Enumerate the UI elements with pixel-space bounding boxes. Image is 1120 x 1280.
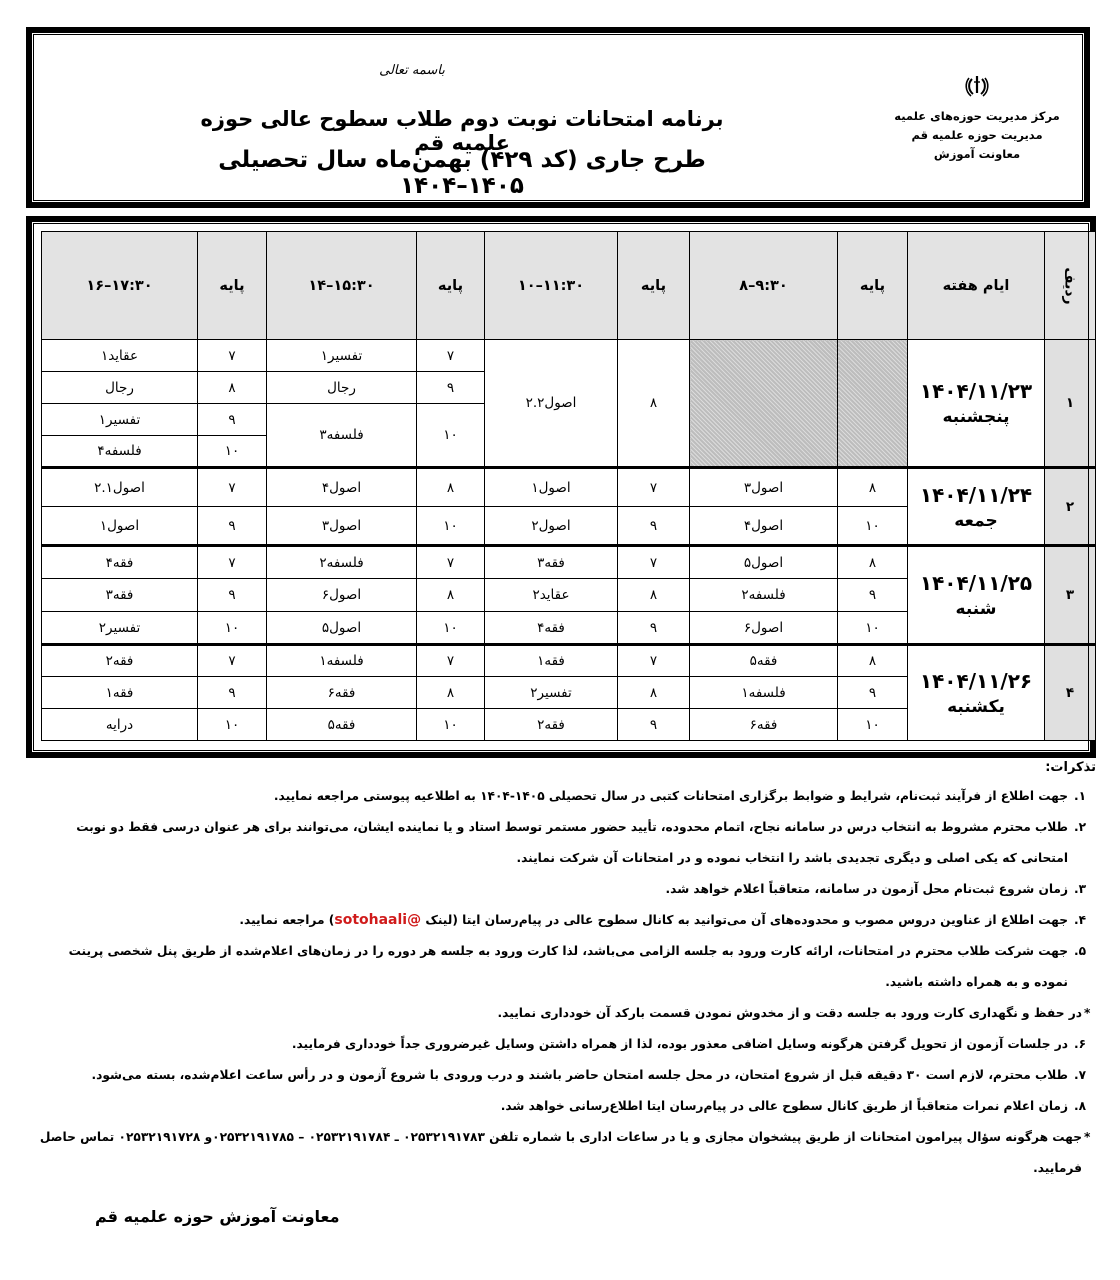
level-cell: ۱۰ [417, 507, 485, 546]
note-item: ۸. زمان اعلام نمرات متعاقباً از طریق کان… [36, 1091, 1096, 1122]
day-cell: ۱۴۰۴/۱۱/۲۵ شنبه [908, 546, 1045, 645]
note-text: جهت شرکت طلاب محترم در امتحانات، ارائه ک… [36, 936, 1068, 998]
org-line-1: مرکز مدیریت حوزه‌های علمیه [892, 107, 1062, 126]
asterisk-bullet-icon: * [1082, 1122, 1096, 1184]
level-cell: ۱۰ [417, 612, 485, 645]
header-slot-14-1530: ۱۴–۱۵:۳۰ [267, 232, 417, 340]
subject-cell: تفسیر۱ [42, 404, 198, 436]
header-level: پایه [618, 232, 690, 340]
level-cell: ۱۰ [198, 436, 267, 468]
subject-cell: فقه۵ [267, 709, 417, 741]
subject-cell: اصول۴ [267, 468, 417, 507]
level-cell: ۹ [838, 579, 908, 612]
subject-cell: درایه [42, 709, 198, 741]
level-cell: ۸ [838, 468, 908, 507]
level-cell: ۹ [198, 507, 267, 546]
level-cell: ۸ [838, 645, 908, 677]
note-text: زمان اعلام نمرات متعاقباً از طریق کانال … [36, 1091, 1068, 1122]
level-cell: ۸ [417, 677, 485, 709]
page-subtitle: طرح جاری (کد ۴۲۹) بهمن‌ماه سال تحصیلی ۱۴… [182, 147, 742, 199]
subject-cell: فقه۲ [485, 709, 618, 741]
subject-cell: عقاید۱ [42, 340, 198, 372]
level-cell: ۸ [618, 579, 690, 612]
note-item: ۱. جهت اطلاع از فرآیند ثبت‌نام، شرایط و … [36, 781, 1096, 812]
level-cell: ۹ [198, 677, 267, 709]
note-number: ۱. [1068, 781, 1096, 812]
note-number: ۴. [1068, 905, 1096, 936]
subject-cell: اصول۶ [267, 579, 417, 612]
day-weekday: جمعه [908, 511, 1044, 531]
subject-cell: فلسفه۴ [42, 436, 198, 468]
empty-hatched-cell [690, 340, 838, 468]
subject-cell: تفسیر۱ [267, 340, 417, 372]
header-slot-8-930: ۸–۹:۳۰ [690, 232, 838, 340]
note-number: ۸. [1068, 1091, 1096, 1122]
exam-schedule-table: ردیف ایام هفته پایه ۸–۹:۳۰ پایه ۱۰–۱۱:۳۰… [41, 231, 1096, 741]
level-cell: ۷ [618, 468, 690, 507]
schedule-table-frame: ردیف ایام هفته پایه ۸–۹:۳۰ پایه ۱۰–۱۱:۳۰… [26, 216, 1096, 758]
note-item: ۷. طلاب محترم، لازم است ۳۰ دقیقه قبل از … [36, 1060, 1096, 1091]
level-cell: ۹ [198, 404, 267, 436]
header-box: باسمه تعالی برنامه امتحانات نوبت دوم طلا… [26, 27, 1090, 208]
header-level: پایه [417, 232, 485, 340]
subject-cell: فلسفه۱ [690, 677, 838, 709]
row-number: ۱ [1045, 340, 1096, 468]
subject-cell: اصول۶ [690, 612, 838, 645]
day-cell: ۱۴۰۴/۱۱/۲۶ یکشنبه [908, 645, 1045, 741]
empty-hatched-cell [838, 340, 908, 468]
org-line-3: معاونت آموزش [892, 145, 1062, 164]
subject-cell: اصول۳ [690, 468, 838, 507]
subject-cell: اصول۵ [690, 546, 838, 579]
note-text: در جلسات آزمون از تحویل گرفتن هرگونه وسا… [36, 1029, 1068, 1060]
day-cell: ۱۴۰۴/۱۱/۲۳ پنجشنبه [908, 340, 1045, 468]
level-cell: ۹ [838, 677, 908, 709]
table-header-row: ردیف ایام هفته پایه ۸–۹:۳۰ پایه ۱۰–۱۱:۳۰… [42, 232, 1096, 340]
org-line-2: مدیریت حوزه علمیه قم [892, 126, 1062, 145]
notes-title: تذکرات: [36, 760, 1096, 775]
level-cell: ۱۰ [838, 507, 908, 546]
subject-cell: فقه۲ [42, 645, 198, 677]
note-item: ۳. زمان شروع ثبت‌نام محل آزمون در سامانه… [36, 874, 1096, 905]
note-item: * جهت هرگونه سؤال پیرامون امتحانات از طر… [36, 1122, 1096, 1184]
subject-cell: فقه۳ [42, 579, 198, 612]
level-cell: ۸ [618, 340, 690, 468]
level-cell: ۷ [198, 468, 267, 507]
iran-emblem-icon [964, 73, 990, 99]
note-item: ۶. در جلسات آزمون از تحویل گرفتن هرگونه … [36, 1029, 1096, 1060]
note-item: ۴. جهت اطلاع از عناوین دروس مصوب و محدود… [36, 905, 1096, 936]
organization-block: مرکز مدیریت حوزه‌های علمیه مدیریت حوزه ع… [892, 73, 1062, 164]
subject-cell: فقه۴ [42, 546, 198, 579]
level-cell: ۷ [417, 546, 485, 579]
subject-cell: فقه۶ [267, 677, 417, 709]
subject-cell: فقه۵ [690, 645, 838, 677]
day-weekday: یکشنبه [908, 697, 1044, 717]
level-cell: ۸ [417, 468, 485, 507]
subject-cell: اصول۴ [690, 507, 838, 546]
table-row: ۳ ۱۴۰۴/۱۱/۲۵ شنبه ۸ اصول۵ ۷ فقه۳ ۷ فلسفه… [42, 546, 1096, 579]
level-cell: ۱۰ [838, 709, 908, 741]
note-number: ۳. [1068, 874, 1096, 905]
note-text-part: ) مراجعه نمایید. [239, 913, 334, 927]
notes-section: تذکرات: ۱. جهت اطلاع از فرآیند ثبت‌نام، … [36, 760, 1096, 1184]
note-text-part: جهت اطلاع از عناوین دروس مصوب و محدوده‌ه… [421, 913, 1068, 927]
note-item: ۲. طلاب محترم مشروط به انتخاب درس در سام… [36, 812, 1096, 874]
row-number: ۴ [1045, 645, 1096, 741]
level-cell: ۹ [618, 612, 690, 645]
level-cell: ۸ [417, 579, 485, 612]
day-cell: ۱۴۰۴/۱۱/۲۴ جمعه [908, 468, 1045, 546]
level-cell: ۷ [198, 645, 267, 677]
level-cell: ۸ [838, 546, 908, 579]
day-date: ۱۴۰۴/۱۱/۲۶ [908, 669, 1044, 693]
subject-cell: رجال [42, 372, 198, 404]
level-cell: ۸ [198, 372, 267, 404]
subject-cell: فقه۱ [485, 645, 618, 677]
asterisk-bullet-icon: * [1082, 998, 1096, 1029]
day-date: ۱۴۰۴/۱۱/۲۳ [908, 379, 1044, 403]
level-cell: ۹ [618, 709, 690, 741]
note-text: جهت اطلاع از عناوین دروس مصوب و محدوده‌ه… [36, 905, 1068, 936]
level-cell: ۱۰ [417, 709, 485, 741]
level-cell: ۸ [618, 677, 690, 709]
subject-cell: اصول۲.۲ [485, 340, 618, 468]
level-cell: ۱۰ [417, 404, 485, 468]
signature: معاونت آموزش حوزه علمیه قم [95, 1207, 340, 1226]
note-text: طلاب محترم مشروط به انتخاب درس در سامانه… [36, 812, 1068, 874]
note-number: ۲. [1068, 812, 1096, 874]
level-cell: ۹ [618, 507, 690, 546]
bismillah: باسمه تعالی [32, 63, 792, 78]
note-text: جهت اطلاع از فرآیند ثبت‌نام، شرایط و ضوا… [36, 781, 1068, 812]
header-slot-16-1730: ۱۶–۱۷:۳۰ [42, 232, 198, 340]
note-text: در حفظ و نگهداری کارت ورود به جلسه دقت و… [36, 998, 1082, 1029]
table-row: ۲ ۱۴۰۴/۱۱/۲۴ جمعه ۸ اصول۳ ۷ اصول۱ ۸ اصول… [42, 468, 1096, 507]
level-cell: ۷ [417, 340, 485, 372]
subject-cell: اصول۱ [42, 507, 198, 546]
subject-cell: اصول۲.۱ [42, 468, 198, 507]
header-level: پایه [838, 232, 908, 340]
note-number: ۷. [1068, 1060, 1096, 1091]
subject-cell: اصول۳ [267, 507, 417, 546]
subject-cell: تفسیر۲ [485, 677, 618, 709]
header-slot-10-1130: ۱۰–۱۱:۳۰ [485, 232, 618, 340]
header-weekday: ایام هفته [908, 232, 1045, 340]
level-cell: ۱۰ [838, 612, 908, 645]
subject-cell: فقه۶ [690, 709, 838, 741]
level-cell: ۹ [417, 372, 485, 404]
subject-cell: عقاید۲ [485, 579, 618, 612]
note-item: * در حفظ و نگهداری کارت ورود به جلسه دقت… [36, 998, 1096, 1029]
day-weekday: پنجشنبه [908, 407, 1044, 427]
level-cell: ۹ [198, 579, 267, 612]
level-cell: ۷ [618, 546, 690, 579]
subject-cell: فقه۱ [42, 677, 198, 709]
table-row: ۱ ۱۴۰۴/۱۱/۲۳ پنجشنبه ۸ اصول۲.۲ ۷ تفسیر۱ … [42, 340, 1096, 372]
subject-cell: اصول۲ [485, 507, 618, 546]
eitaa-channel-link[interactable]: sotohaali@ [334, 912, 421, 928]
subject-cell: تفسیر۲ [42, 612, 198, 645]
subject-cell: فقه۳ [485, 546, 618, 579]
day-weekday: شنبه [908, 599, 1044, 619]
subject-cell: فقه۴ [485, 612, 618, 645]
row-number: ۳ [1045, 546, 1096, 645]
subject-cell: اصول۵ [267, 612, 417, 645]
note-text: جهت هرگونه سؤال پیرامون امتحانات از طریق… [36, 1122, 1082, 1184]
level-cell: ۷ [198, 546, 267, 579]
day-date: ۱۴۰۴/۱۱/۲۵ [908, 571, 1044, 595]
level-cell: ۱۰ [198, 612, 267, 645]
subject-cell: فلسفه۳ [267, 404, 417, 468]
subject-cell: رجال [267, 372, 417, 404]
row-number: ۲ [1045, 468, 1096, 546]
note-number: ۶. [1068, 1029, 1096, 1060]
level-cell: ۷ [618, 645, 690, 677]
note-item: ۵. جهت شرکت طلاب محترم در امتحانات، ارائ… [36, 936, 1096, 998]
note-number: ۵. [1068, 936, 1096, 998]
note-text: زمان شروع ثبت‌نام محل آزمون در سامانه، م… [36, 874, 1068, 905]
page-title: برنامه امتحانات نوبت دوم طلاب سطوح عالی … [182, 107, 742, 155]
level-cell: ۱۰ [198, 709, 267, 741]
note-text: طلاب محترم، لازم است ۳۰ دقیقه قبل از شرو… [36, 1060, 1068, 1091]
header-level: پایه [198, 232, 267, 340]
level-cell: ۷ [417, 645, 485, 677]
subject-cell: فلسفه۱ [267, 645, 417, 677]
table-row: ۴ ۱۴۰۴/۱۱/۲۶ یکشنبه ۸ فقه۵ ۷ فقه۱ ۷ فلسف… [42, 645, 1096, 677]
level-cell: ۷ [198, 340, 267, 372]
subject-cell: فلسفه۲ [690, 579, 838, 612]
subject-cell: فلسفه۲ [267, 546, 417, 579]
subject-cell: اصول۱ [485, 468, 618, 507]
day-date: ۱۴۰۴/۱۱/۲۴ [908, 483, 1044, 507]
header-row-number: ردیف [1045, 232, 1096, 340]
